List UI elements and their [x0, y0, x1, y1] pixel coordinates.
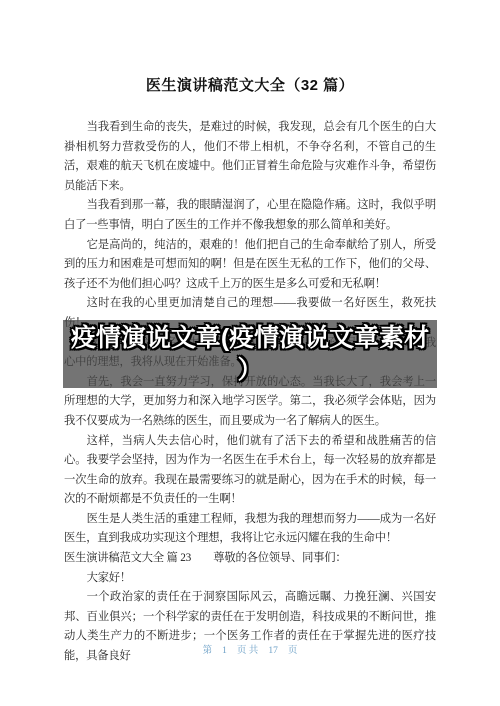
document-page: 医生演讲稿范文大全（32 篇） 当我看到生命的丧失，是难过的时候，我发现，总会有… [0, 0, 500, 706]
pagination-prefix: 第 [203, 646, 213, 656]
section-heading-line: 医生演讲稿范文大全 篇 23 尊敬的各位领导、同事们： [64, 549, 436, 569]
watermark-text-line1: 疫情演说文章(疫情演说文章素材 [71, 322, 429, 354]
page-number-total: 17 [268, 646, 278, 656]
footer-pagination: 第1页 共17页 [0, 642, 500, 656]
paragraph: 医生是人类生活的重建工程师，我想为我的理想而努力——成为一名好医生，直到我成功实… [64, 510, 436, 549]
paragraph: 大家好！ [64, 569, 436, 589]
page-title: 医生演讲稿范文大全（32 篇） [0, 74, 500, 95]
paragraph: 这样，当病人失去信心时，他们就有了活下去的希望和战胜痛苦的信心。我要学会坚持，因… [64, 432, 436, 510]
pagination-suffix: 页 [288, 646, 298, 656]
paragraph: 它是高尚的，纯洁的，艰难的！他们把自己的生命奉献给了别人，所受到的压力和困难是可… [64, 236, 436, 295]
paragraph: 当我看到生命的丧失，是难过的时候，我发现，总会有几个医生的白大褂相机努力营救受伤… [64, 118, 436, 196]
page-number-current: 1 [222, 646, 227, 656]
watermark-text-line2: ） [237, 354, 262, 386]
pagination-mid: 页 共 [237, 646, 258, 656]
watermark-banner: 疫情演说文章(疫情演说文章素材 ） [63, 320, 437, 388]
paragraph: 当我看到那一幕，我的眼睛湿润了，心里在隐隐作痛。这时，我似乎明白了一些事情，明白… [64, 196, 436, 235]
document-body: 当我看到生命的丧失，是难过的时候，我发现，总会有几个医生的白大褂相机努力营救受伤… [64, 118, 436, 667]
